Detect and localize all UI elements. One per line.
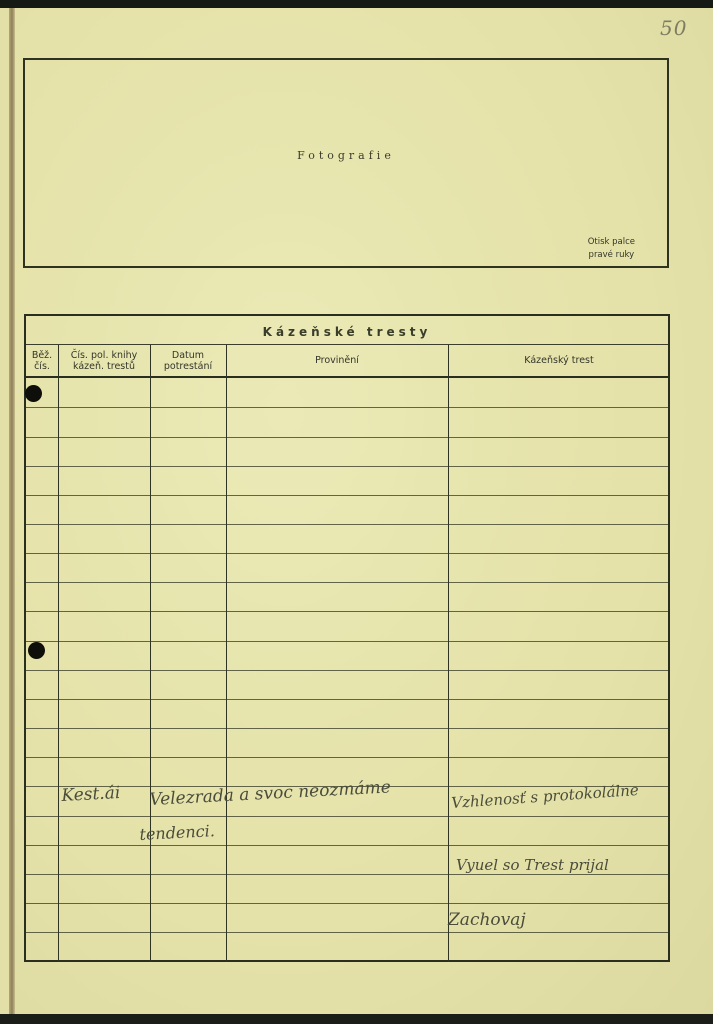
column-header-seq-no: Běž.čís.: [26, 345, 58, 376]
thumbprint-label: Otisk palce pravé ruky: [588, 236, 635, 262]
table-row-line: [26, 407, 668, 408]
table-row-line: [26, 816, 668, 817]
previous-page-edge: [0, 8, 9, 1014]
thumbprint-label-line2: pravé ruky: [588, 249, 635, 262]
table-row-line: [26, 611, 668, 612]
handwritten-signature: Zachovaj: [448, 910, 526, 930]
column-header-date: Datumpotrestání: [150, 345, 226, 376]
column-header-book-no: Čís. pol. knihykázeň. trestů: [58, 345, 150, 376]
thumbprint-label-line1: Otisk palce: [588, 236, 635, 249]
table-row-line: [26, 495, 668, 496]
punch-hole: [25, 385, 42, 402]
table-header-row: Běž.čís. Čís. pol. knihykázeň. trestů Da…: [26, 345, 668, 378]
photo-label: Fotografie: [25, 149, 667, 162]
table-row-line: [26, 553, 668, 554]
handwritten-offense-line2: tendenci.: [139, 821, 215, 844]
table-row-line: [26, 670, 668, 671]
handwritten-punishment-line2: Vyuel so Trest prijal: [456, 856, 609, 874]
table-row-line: [26, 582, 668, 583]
table-row-line: [26, 437, 668, 438]
table-row-line: [26, 932, 668, 933]
table-row-line: [26, 845, 668, 846]
table-row-line: [26, 903, 668, 904]
table-row-line: [26, 757, 668, 758]
column-header-punishment: Kázeňský trest: [448, 345, 670, 376]
table-row-line: [26, 699, 668, 700]
photo-box: Fotografie Otisk palce pravé ruky: [23, 58, 669, 268]
page-number: 50: [660, 16, 687, 40]
handwritten-book-no: Kest.ái: [61, 783, 121, 806]
table-row-line: [26, 874, 668, 875]
table-row-line: [26, 466, 668, 467]
table-row-line: [26, 641, 668, 642]
table-row-line: [26, 728, 668, 729]
table-title: Kázeňské tresty: [26, 316, 668, 345]
column-header-offense: Provinění: [226, 345, 448, 376]
binding-edge: [9, 8, 15, 1014]
table-row-line: [26, 524, 668, 525]
punch-hole: [28, 642, 45, 659]
